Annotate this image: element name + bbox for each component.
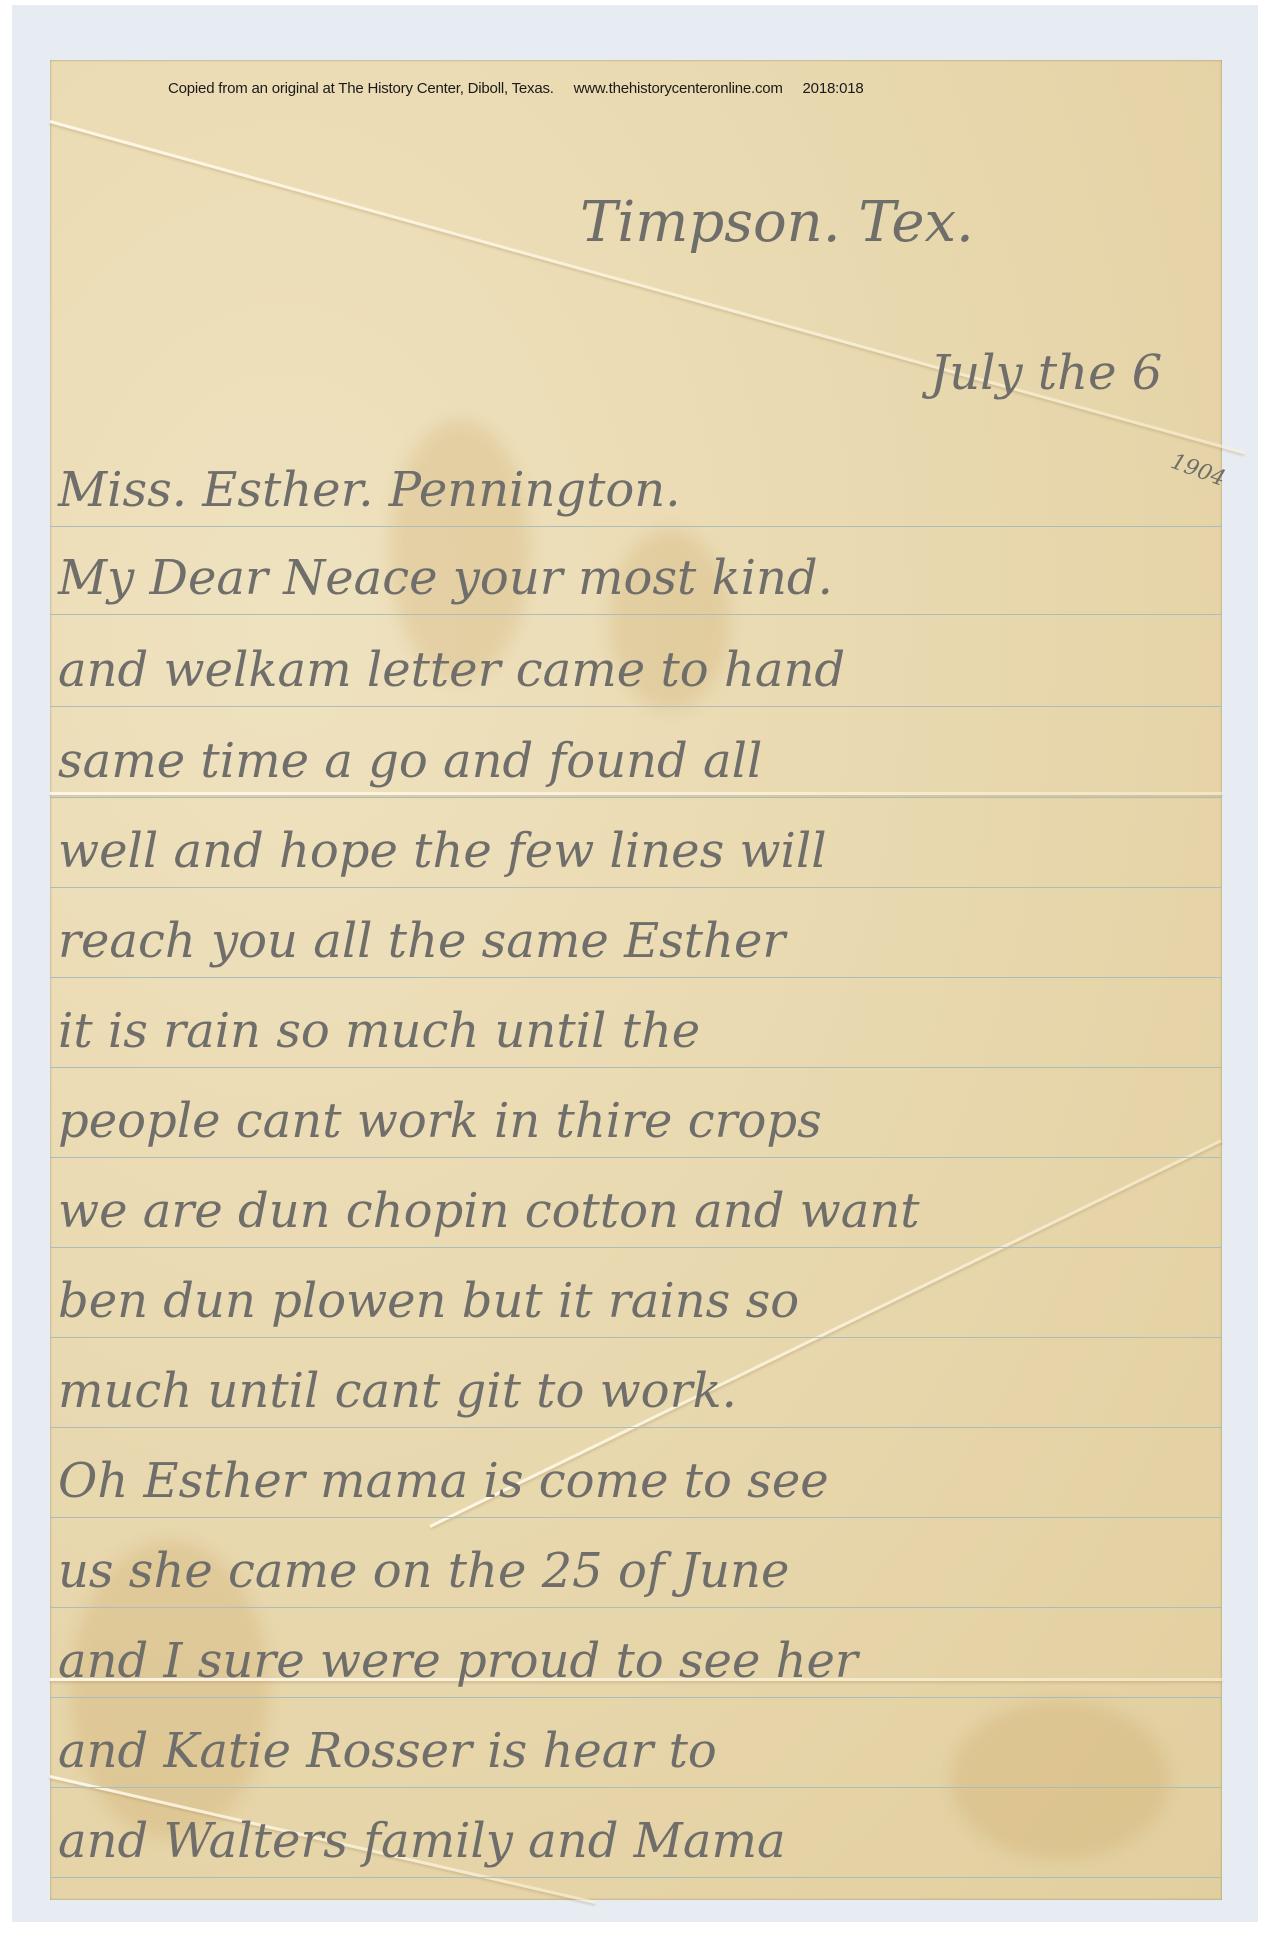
ruled-line xyxy=(50,1067,1222,1068)
letter-line: us she came on the 25 of June xyxy=(58,1543,789,1599)
ruled-line xyxy=(50,1697,1222,1698)
ruled-line xyxy=(50,1427,1222,1428)
ruled-line xyxy=(50,977,1222,978)
letter-line: it is rain so much until the xyxy=(58,1003,700,1059)
letter-line: we are dun chopin cotton and want xyxy=(58,1183,920,1239)
letter-page xyxy=(50,60,1222,1900)
ruled-line xyxy=(50,1337,1222,1338)
ruled-line xyxy=(50,1157,1222,1158)
fold-crease xyxy=(50,792,1222,795)
ruled-line xyxy=(50,706,1222,707)
letter-line: and I sure were proud to see her xyxy=(58,1633,858,1689)
letter-line: and Walters family and Mama xyxy=(58,1813,786,1869)
letter-date: July the 6 xyxy=(930,345,1162,401)
ruled-line xyxy=(50,1517,1222,1518)
ruled-line xyxy=(50,526,1222,527)
letter-line: well and hope the few lines will xyxy=(58,823,827,879)
letter-line: and welkam letter came to hand xyxy=(58,642,845,698)
letter-line: My Dear Neace your most kind. xyxy=(58,550,833,606)
letter-line: Miss. Esther. Pennington. xyxy=(58,462,680,518)
letter-line: much until cant git to work. xyxy=(58,1363,737,1419)
letter-line: reach you all the same Esther xyxy=(58,913,785,969)
ruled-line xyxy=(50,887,1222,888)
ruled-line xyxy=(50,1247,1222,1248)
ruled-line xyxy=(50,1607,1222,1608)
letter-line: same time a go and found all xyxy=(58,733,762,789)
fold-crease xyxy=(50,120,1246,454)
water-stain xyxy=(950,1700,1170,1860)
letter-line: ben dun plowen but it rains so xyxy=(58,1273,799,1329)
ruled-line xyxy=(50,1877,1222,1878)
ruled-line xyxy=(50,1787,1222,1788)
letter-line: people cant work in thire crops xyxy=(58,1093,822,1149)
letter-line: Oh Esther mama is come to see xyxy=(58,1453,829,1509)
letter-place: Timpson. Tex. xyxy=(580,190,974,255)
letter-line: and Katie Rosser is hear to xyxy=(58,1723,717,1779)
archive-caption: Copied from an original at The History C… xyxy=(168,80,864,97)
ruled-line xyxy=(50,614,1222,615)
ruled-line xyxy=(50,797,1222,798)
